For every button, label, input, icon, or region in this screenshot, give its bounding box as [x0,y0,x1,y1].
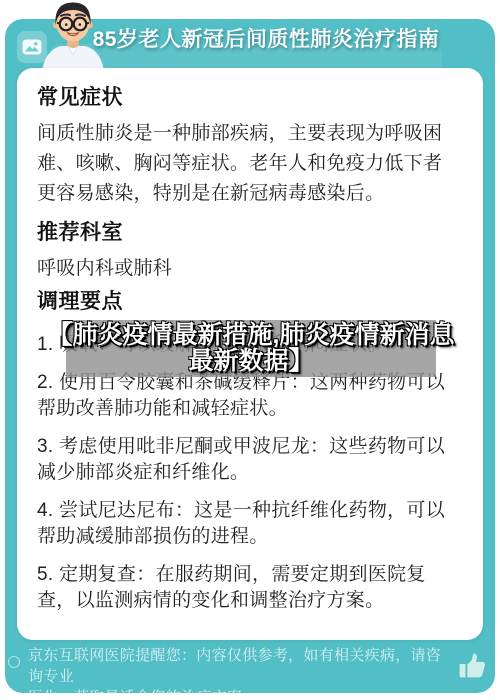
care-point-item: 3. 考虑使用吡非尼酮或甲波尼龙：这些药物可以减少肺部炎症和纤维化。 [37,434,461,486]
care-point-item: 2. 使用百令胶囊和茶碱缓释片：这两种药物可以帮助改善肺功能和减轻症状。 [37,370,461,422]
watermark-overlay: 【肺炎疫情最新措施,肺炎疫情新消息 最新数据】 [66,320,436,377]
footer-disclaimer-line1: 京东互联网医院提醒您：内容仅供参考，如有相关疾病，请咨询专业 [28,647,441,685]
watermark-line: 【肺炎疫情最新措施,肺炎疫情新消息 [48,322,455,348]
watermark-line: 最新数据】 [188,348,313,374]
department-text: 呼吸内科或肺科 [37,254,461,284]
symptoms-text: 间质性肺炎是一种肺部疾病，主要表现为呼吸困难、咳嗽、胸闷等症状。老年人和免疫力低… [37,119,461,209]
page-title: 85岁老人新冠后间质性肺炎治疗指南 [90,28,442,51]
care-point-item: 4. 尝试尼达尼布：这是一种抗纤维化药物，可以帮助减缓肺部损伤的进程。 [37,498,461,550]
health-guide-page: 85岁老人新冠后间质性肺炎治疗指南 常见症状 间质性肺炎是一种肺部疾病，主要表现… [0,0,500,700]
thumbs-up-icon[interactable] [456,650,488,682]
footer-disclaimer-line2: 医生，获取最适合您的治疗方案 [28,689,242,700]
section-heading-care-points: 调理要点 [37,290,461,314]
section-heading-department: 推荐科室 [37,221,461,245]
footer-disclaimer: 京东互联网医院提醒您：内容仅供参考，如有相关疾病，请咨询专业 医生，获取最适合您… [28,645,452,700]
section-heading-symptoms: 常见症状 [37,86,461,110]
circle-outline-icon [8,656,20,668]
care-point-item: 5. 定期复查：在服药期间，需要定期到医院复查，以监测病情的变化和调整治疗方案。 [37,562,461,614]
